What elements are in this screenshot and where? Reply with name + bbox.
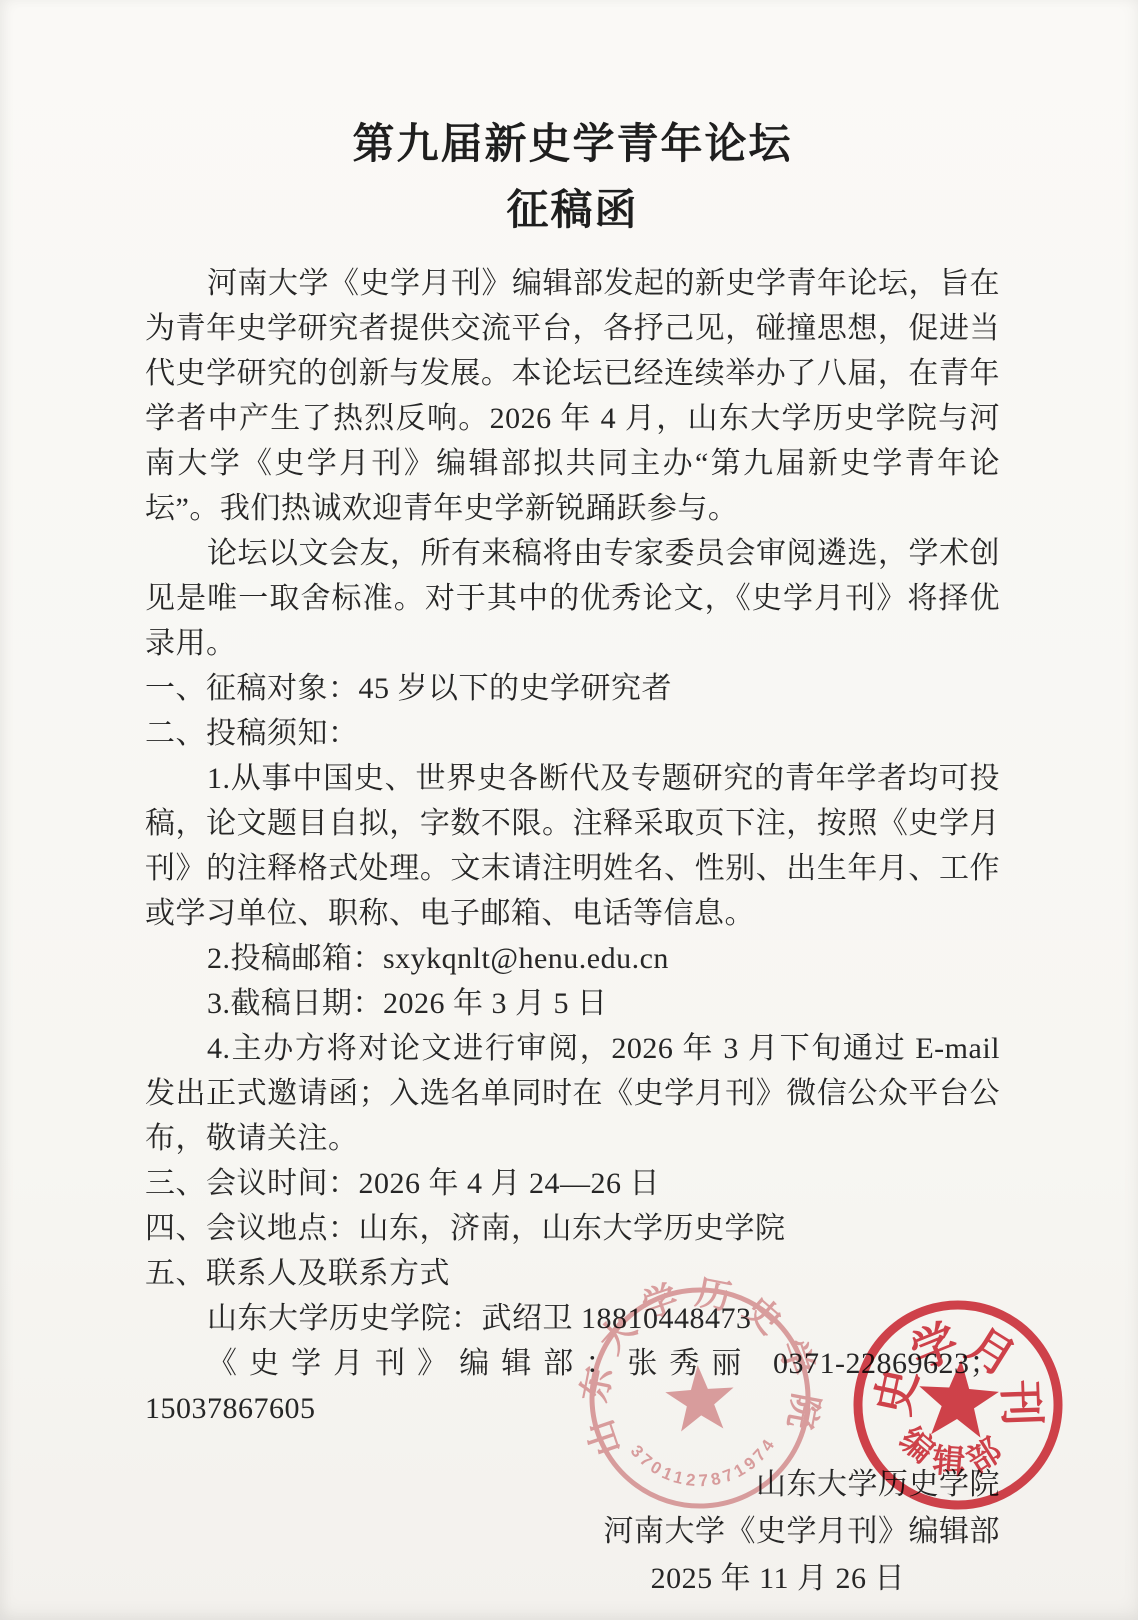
seal-char-4: 刊 bbox=[994, 1379, 1048, 1427]
contact-shandong: 山东大学历史学院：武绍卫 18810448473 bbox=[145, 1296, 1000, 1341]
note-2-email: 2.投稿邮箱：sxykqnlt@henu.edu.cn bbox=[145, 936, 1000, 981]
item-2-submission-notes: 二、投稿须知： bbox=[145, 711, 1000, 756]
contact-journal: 《史学月刊》编辑部：张秀丽 0371-22869623；15037867605 bbox=[145, 1341, 1000, 1431]
paragraph-intro: 河南大学《史学月刊》编辑部发起的新史学青年论坛，旨在为青年史学研究者提供交流平台… bbox=[145, 261, 1000, 531]
signature-org-1: 山东大学历史学院 bbox=[145, 1461, 1000, 1508]
note-1-scope: 1.从事中国史、世界史各断代及专题研究的青年学者均可投稿，论文题目自拟，字数不限… bbox=[145, 756, 1000, 936]
document-title: 第九届新史学青年论坛 征稿函 bbox=[145, 112, 1000, 244]
signature-date: 2025 年 11 月 26 日 bbox=[145, 1555, 1000, 1602]
paragraph-selection: 论坛以文会友，所有来稿将由专家委员会审阅遴选，学术创见是唯一取舍标准。对于其中的… bbox=[145, 531, 1000, 666]
item-3-meeting-time: 三、会议时间：2026 年 4 月 24—26 日 bbox=[145, 1161, 1000, 1206]
document-body: 河南大学《史学月刊》编辑部发起的新史学青年论坛，旨在为青年史学研究者提供交流平台… bbox=[145, 261, 1000, 1431]
signature-org-2: 河南大学《史学月刊》编辑部 bbox=[145, 1508, 1000, 1555]
call-for-papers-document: 第九届新史学青年论坛 征稿函 河南大学《史学月刊》编辑部发起的新史学青年论坛，旨… bbox=[0, 0, 1138, 1620]
note-3-deadline: 3.截稿日期：2026 年 3 月 5 日 bbox=[145, 981, 1000, 1026]
title-line-2: 征稿函 bbox=[145, 178, 1000, 244]
signature-block: 山东大学历史学院 河南大学《史学月刊》编辑部 2025 年 11 月 26 日 bbox=[145, 1461, 1000, 1602]
item-5-contacts-heading: 五、联系人及联系方式 bbox=[145, 1251, 1000, 1296]
note-4-review-invitation: 4.主办方将对论文进行审阅，2026 年 3 月下旬通过 E-mail 发出正式… bbox=[145, 1026, 1000, 1161]
item-4-meeting-place: 四、会议地点：山东，济南，山东大学历史学院 bbox=[145, 1206, 1000, 1251]
title-line-1: 第九届新史学青年论坛 bbox=[145, 112, 1000, 178]
item-1-target-authors: 一、征稿对象：45 岁以下的史学研究者 bbox=[145, 666, 1000, 711]
document-content: 第九届新史学青年论坛 征稿函 河南大学《史学月刊》编辑部发起的新史学青年论坛，旨… bbox=[145, 0, 1000, 1602]
